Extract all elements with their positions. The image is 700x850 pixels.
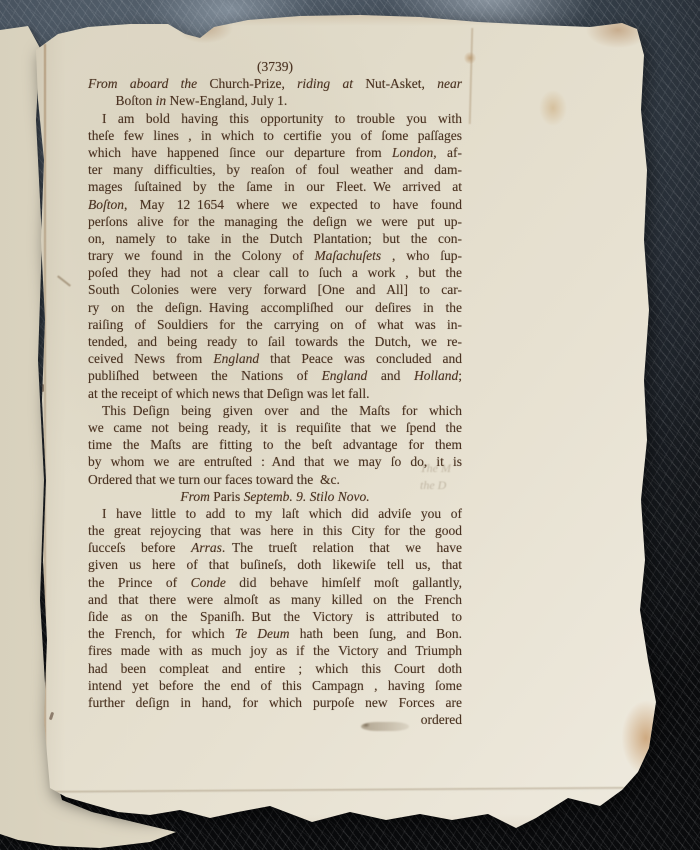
text-segment: This Deſign being given over and the Maſ… <box>102 403 462 418</box>
text-line: by whom we are entruſted : And that we m… <box>88 453 462 470</box>
text-line: From aboard the Church-Prize, riding at … <box>88 75 462 92</box>
document-page-wrap: (3739)From aboard the Church-Prize, ridi… <box>0 0 700 850</box>
text-line: tended, and being ready to ſail towards … <box>88 333 462 350</box>
text-line: Ordered that we turn our faces toward th… <box>88 471 462 488</box>
text-segment: Septemb. 9. Stilo Novo. <box>244 489 370 504</box>
text-segment: From aboard the <box>88 76 209 91</box>
text-segment: Ordered that we turn our faces toward th… <box>88 472 340 487</box>
text-line: trary we found in the Colony of Maſachuſ… <box>88 247 462 264</box>
text-segment: ſucceſs before <box>88 540 191 555</box>
text-segment: ſide as on the Spaniſh. But the Victory … <box>88 609 462 624</box>
text-segment: ; <box>458 368 462 383</box>
text-segment: intend yet before the end of this Campag… <box>88 678 462 693</box>
text-line: publiſhed between the Nations of England… <box>88 367 462 384</box>
text-segment: poſed they had not a clear call to ſuch … <box>88 265 462 280</box>
text-line: we came not being ready, it is requiſite… <box>88 419 462 436</box>
text-line: (3739) <box>88 58 462 75</box>
text-segment: The M <box>420 461 451 475</box>
text-line: ſucceſs before Arras. The trueſt relatio… <box>88 539 462 556</box>
text-line: given us here of that buſineſs, doth lik… <box>88 556 462 573</box>
verso-show-through-text: The Mthe D <box>420 461 510 495</box>
text-line: the Prince of Conde did behave himſelf m… <box>88 574 462 591</box>
text-segment: Paris <box>213 489 243 504</box>
text-segment: trary we found in the Colony of <box>88 248 314 263</box>
text-line: further deſign in hand, for which purpoſ… <box>88 694 462 711</box>
text-segment: New-England, July 1. <box>170 93 288 108</box>
text-line: I am bold having this opportunity to tro… <box>88 110 462 127</box>
text-line: time the Maſts are fitting to the beſt a… <box>88 436 462 453</box>
text-segment: we came not being ready, it is requiſite… <box>88 420 462 435</box>
text-line: on, namely to take in the Dutch Plantati… <box>88 230 462 247</box>
paper-crease-horizontal <box>52 787 624 794</box>
paper-scratch-mark <box>57 275 71 286</box>
sewing-stitch-mark <box>49 712 54 721</box>
text-line: intend yet before the end of this Campag… <box>88 677 462 694</box>
text-segment: the Prince of <box>88 575 191 590</box>
text-segment: Boſton <box>88 197 124 212</box>
text-segment: London <box>392 145 433 160</box>
text-line: poſed they had not a clear call to ſuch … <box>88 264 462 281</box>
text-line: From Paris Septemb. 9. Stilo Novo. <box>88 488 462 505</box>
text-segment: and <box>367 368 414 383</box>
text-line: theſe few lines , in which to certifie y… <box>88 127 462 144</box>
text-line: This Deſign being given over and the Maſ… <box>88 402 462 419</box>
text-segment: Conde <box>191 575 226 590</box>
text-segment: that Peace was concluded and <box>259 351 462 366</box>
text-segment: ry on the deſign. Having accompliſhed ou… <box>88 300 462 315</box>
sewing-stitch-mark <box>39 496 42 504</box>
text-line: I have little to add to my laſt which di… <box>88 505 462 522</box>
text-line: ceived News from England that Peace was … <box>88 350 462 367</box>
text-segment: theſe few lines , in which to certifie y… <box>88 128 462 143</box>
text-segment: raiſing of Souldiers for the carrying on… <box>88 317 462 332</box>
text-segment: From <box>180 489 213 504</box>
text-segment: , af- <box>433 145 462 160</box>
printed-text-column: (3739)From aboard the Church-Prize, ridi… <box>88 58 462 728</box>
text-segment: I am bold having this opportunity to tro… <box>102 111 462 126</box>
photo-of-document: (3739)From aboard the Church-Prize, ridi… <box>0 0 700 850</box>
text-segment: in <box>156 93 170 108</box>
text-line: raiſing of Souldiers for the carrying on… <box>88 316 462 333</box>
text-line: at the receipt of which news that Deſign… <box>88 385 462 402</box>
text-line: the French, for which Te Deum hath been … <box>88 625 462 642</box>
text-segment: riding at <box>297 76 365 91</box>
text-segment: mages ſuſtained by the ſame in our Fleet… <box>88 179 462 194</box>
text-line: fires made with as much joy as if the Vi… <box>88 642 462 659</box>
text-segment: the French, for which <box>88 626 235 641</box>
text-line: which have happened ſince our departure … <box>88 144 462 161</box>
sewing-stitch-mark <box>41 384 44 392</box>
text-line: and that there were almoſt as many kille… <box>88 591 462 608</box>
text-segment: Church-Prize, <box>209 76 297 91</box>
text-segment: , May 12 1654 where we expected to have … <box>124 197 462 212</box>
text-segment: Nut-Asket, <box>365 76 437 91</box>
text-segment: at the receipt of which news that Deſign… <box>88 386 370 401</box>
text-segment: I have little to add to my laſt which di… <box>102 506 462 521</box>
text-segment: further deſign in hand, for which purpoſ… <box>88 695 462 710</box>
text-segment: publiſhed between the Nations of <box>88 368 322 383</box>
text-segment: tended, and being ready to ſail towards … <box>88 334 462 349</box>
text-segment: Boſton <box>102 93 156 108</box>
text-line: ry on the deſign. Having accompliſhed ou… <box>88 299 462 316</box>
paper-crease-vertical <box>469 28 474 124</box>
text-segment: had been compleat and entire ; which thi… <box>88 661 462 676</box>
text-line: the great rejoycing that was here in thi… <box>88 522 462 539</box>
text-line: South Colonies were very forward [One an… <box>88 281 462 298</box>
text-line: ſide as on the Spaniſh. But the Victory … <box>88 608 462 625</box>
text-segment: fires made with as much joy as if the Vi… <box>88 643 462 658</box>
text-segment: given us here of that buſineſs, doth lik… <box>88 557 462 572</box>
text-segment: by whom we are entruſted : And that we m… <box>88 454 462 469</box>
text-segment: perſons alive for the managing the deſig… <box>88 214 462 229</box>
text-segment: ter many difficulties, by reaſon of foul… <box>88 162 462 177</box>
text-segment: Maſachuſets <box>314 248 381 263</box>
faded-ink-smudge <box>361 722 409 731</box>
text-line: perſons alive for the managing the deſig… <box>88 213 462 230</box>
text-segment: time the Maſts are fitting to the beſt a… <box>88 437 462 452</box>
text-segment: Arras <box>191 540 222 555</box>
text-line: mages ſuſtained by the ſame in our Fleet… <box>88 178 462 195</box>
text-segment: South Colonies were very forward [One an… <box>88 282 462 297</box>
text-segment: and that there were almoſt as many kille… <box>88 592 462 607</box>
text-segment: (3739) <box>257 59 293 74</box>
text-segment: England <box>213 351 259 366</box>
sewing-stitch-mark <box>39 256 42 264</box>
text-line: Boſton in New-England, July 1. <box>88 92 462 109</box>
text-segment: which have happened ſince our departure … <box>88 145 392 160</box>
text-segment: Holland <box>414 368 458 383</box>
text-segment: hath been ſung, and Bon. <box>290 626 462 641</box>
text-line: the D <box>420 478 510 495</box>
text-segment: Te Deum <box>235 626 290 641</box>
text-segment: did behave himſelf moſt gallantly, <box>226 575 462 590</box>
text-line: The M <box>420 461 510 478</box>
text-line: ter many difficulties, by reaſon of foul… <box>88 161 462 178</box>
text-segment: on, namely to take in the Dutch Plantati… <box>88 231 462 246</box>
text-segment: , who ſup- <box>381 248 462 263</box>
document-page: (3739)From aboard the Church-Prize, ridi… <box>0 0 700 850</box>
text-segment: England <box>322 368 368 383</box>
text-segment: . The trueſt relation that we have <box>222 540 462 555</box>
binding-fold-line <box>44 44 46 792</box>
text-segment: the great rejoycing that was here in thi… <box>88 523 462 538</box>
text-line: Boſton, May 12 1654 where we expected to… <box>88 196 462 213</box>
text-segment: the D <box>420 478 446 492</box>
text-segment: near <box>437 76 462 91</box>
text-segment: ceived News from <box>88 351 213 366</box>
text-segment: ordered <box>421 712 462 727</box>
text-line: had been compleat and entire ; which thi… <box>88 660 462 677</box>
